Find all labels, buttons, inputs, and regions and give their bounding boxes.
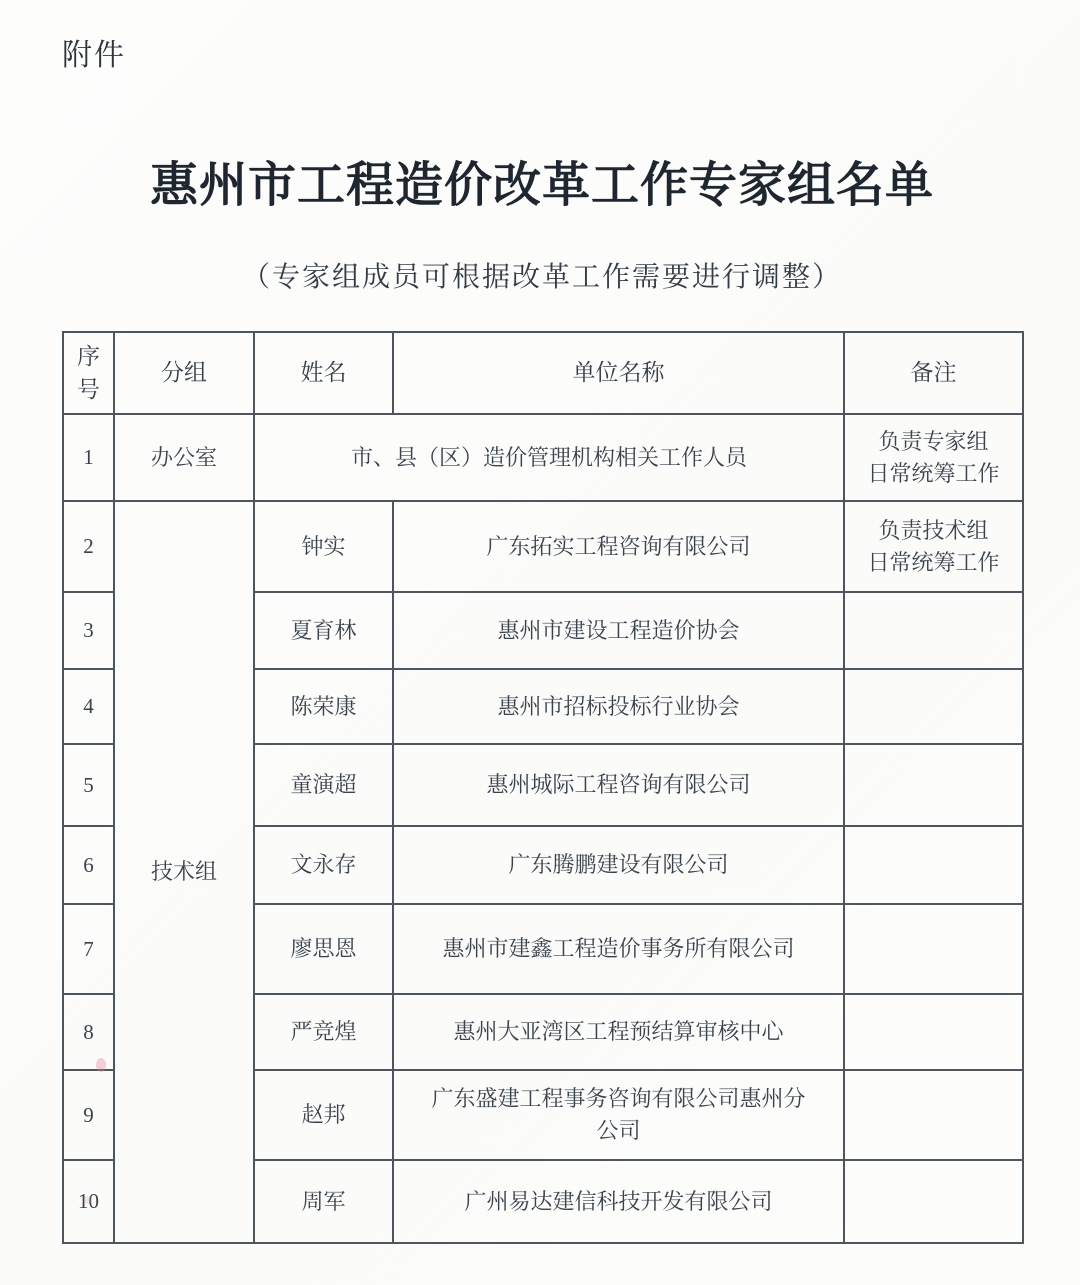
attachment-label: 附件 — [62, 30, 1022, 74]
header-cell-remark: 备注 — [844, 332, 1023, 414]
unit-cell: 惠州市建设工程造价协会 — [393, 592, 844, 669]
unit-cell: 广东腾鹏建设有限公司 — [393, 826, 844, 904]
header-cell-group: 分组 — [114, 332, 254, 414]
remark-cell — [844, 669, 1023, 744]
remark-cell: 负责技术组 日常统筹工作 — [844, 501, 1023, 592]
page-title: 惠州市工程造价改革工作专家组名单 — [62, 146, 1022, 215]
no-cell: 9 — [63, 1070, 114, 1160]
group-cell-office: 办公室 — [114, 414, 254, 501]
remark-cell — [844, 904, 1023, 994]
header-cell-unit: 单位名称 — [393, 332, 844, 414]
name-cell: 周军 — [254, 1160, 393, 1243]
unit-cell: 惠州市招标投标行业协会 — [393, 669, 844, 744]
header-row: 序号 分组 姓名 单位名称 备注 — [63, 332, 1023, 414]
unit-cell: 广东盛建工程事务咨询有限公司惠州分 公司 — [393, 1070, 844, 1160]
remark-cell — [844, 826, 1023, 904]
page-subtitle: （专家组成员可根据改革工作需要进行调整） — [62, 255, 1022, 295]
no-cell: 4 — [63, 669, 114, 744]
unit-cell: 广州易达建信科技开发有限公司 — [393, 1160, 844, 1243]
remark-cell — [844, 744, 1023, 826]
unit-cell: 广东拓实工程咨询有限公司 — [393, 501, 844, 592]
unit-cell: 惠州城际工程咨询有限公司 — [393, 744, 844, 826]
remark-cell — [844, 994, 1023, 1070]
remark-cell: 负责专家组 日常统筹工作 — [844, 414, 1023, 501]
header-cell-no: 序号 — [63, 332, 114, 414]
name-cell: 童演超 — [254, 744, 393, 826]
no-cell: 7 — [63, 904, 114, 994]
no-cell: 10 — [63, 1160, 114, 1243]
unit-cell: 惠州大亚湾区工程预结算审核中心 — [393, 994, 844, 1070]
unit-cell: 惠州市建鑫工程造价事务所有限公司 — [393, 904, 844, 994]
no-cell: 3 — [63, 592, 114, 669]
table-row: 2 技术组 钟实 广东拓实工程咨询有限公司 负责技术组 日常统筹工作 — [63, 501, 1023, 592]
name-cell: 文永存 — [254, 826, 393, 904]
name-cell: 陈荣康 — [254, 669, 393, 744]
table-header: 序号 分组 姓名 单位名称 备注 — [63, 332, 1023, 414]
remark-cell — [844, 592, 1023, 669]
no-cell: 1 — [63, 414, 114, 501]
no-cell: 5 — [63, 744, 114, 826]
document-content: 附件 惠州市工程造价改革工作专家组名单 （专家组成员可根据改革工作需要进行调整）… — [0, 0, 1080, 1244]
name-cell: 钟实 — [254, 501, 393, 592]
no-cell: 6 — [63, 826, 114, 904]
name-unit-merged-cell: 市、县（区）造价管理机构相关工作人员 — [254, 414, 844, 501]
table-row: 1 办公室 市、县（区）造价管理机构相关工作人员 负责专家组 日常统筹工作 — [63, 414, 1023, 501]
no-cell: 8 — [63, 994, 114, 1070]
group-cell-technical: 技术组 — [114, 501, 254, 1243]
name-cell: 赵邦 — [254, 1070, 393, 1160]
header-cell-name: 姓名 — [254, 332, 393, 414]
no-cell: 2 — [63, 501, 114, 592]
remark-cell — [844, 1160, 1023, 1243]
document-page: 附件 惠州市工程造价改革工作专家组名单 （专家组成员可根据改革工作需要进行调整）… — [0, 0, 1080, 1285]
name-cell: 夏育林 — [254, 592, 393, 669]
expert-roster-table: 序号 分组 姓名 单位名称 备注 1 办公室 市、县（区）造价管理机构相关工作人… — [62, 331, 1024, 1244]
name-cell: 廖思恩 — [254, 904, 393, 994]
remark-cell — [844, 1070, 1023, 1160]
name-cell: 严竞煌 — [254, 994, 393, 1070]
table-body: 1 办公室 市、县（区）造价管理机构相关工作人员 负责专家组 日常统筹工作 2 … — [63, 414, 1023, 1243]
